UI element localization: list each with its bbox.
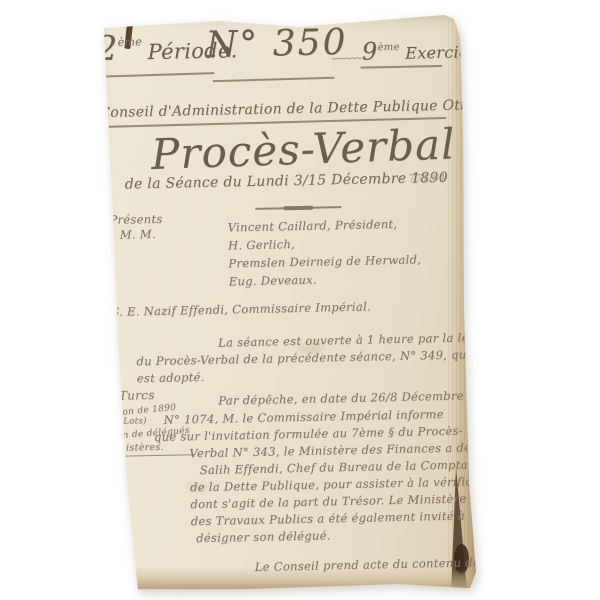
- photo-backdrop: 2ème Période. N° 350 ﹏﹏ 9ème Exercice Co…: [0, 0, 600, 600]
- exercise-ordinal: ème: [377, 42, 399, 53]
- underline-exercise: [360, 65, 442, 68]
- manuscript-line: est adopté.: [137, 370, 205, 385]
- manuscript-line: des Travaux Publics a été également invi…: [191, 509, 465, 529]
- title-divider-bar: [283, 205, 313, 210]
- book-page-wrapper: 2ème Période. N° 350 ﹏﹏ 9ème Exercice Co…: [0, 0, 600, 600]
- period-numeral: 2: [95, 29, 118, 69]
- manuscript-content: 2ème Période. N° 350 ﹏﹏ 9ème Exercice Co…: [93, 7, 485, 593]
- margin-note: (Lots): [120, 416, 147, 427]
- closing-line: Le Conseil prend acte du contenu de —: [255, 555, 496, 574]
- document-number: N° 350: [205, 22, 347, 66]
- underline-margin-note: [102, 454, 194, 457]
- manuscript-line: Par dépêche, en date du 26/8 Décembre: [218, 389, 464, 408]
- exercise-label: 9ème Exercice: [362, 35, 478, 65]
- period-ordinal: ème: [118, 35, 143, 49]
- member-name: Premslen Deirneig de Herwald,: [228, 252, 421, 270]
- member-name: Vincent Caillard, Président,: [228, 217, 398, 235]
- exercise-word: Exercice: [405, 42, 478, 63]
- member-name: H. Gerlich,: [228, 237, 295, 252]
- presents-label: Présents: [109, 212, 162, 227]
- member-name: Eug. Deveaux.: [229, 273, 317, 289]
- manuscript-line: du Procès-Verbal de la précédente séance…: [136, 347, 470, 368]
- exercise-numeral: 9: [362, 37, 378, 65]
- ink-flourish: ﹏﹏: [332, 42, 363, 64]
- manuscript-page: 2ème Période. N° 350 ﹏﹏ 9ème Exercice Co…: [98, 12, 478, 590]
- margin-note: ts Turcs: [103, 388, 155, 403]
- messieurs-label: M. M.: [120, 227, 156, 242]
- underline-number: [213, 77, 335, 82]
- manuscript-line: désigner son délégué.: [196, 528, 331, 545]
- commissioner-line: S. E. Nazif Effendi, Commissaire Impéria…: [111, 299, 371, 318]
- underline-period: [96, 72, 214, 77]
- title-divider: [255, 206, 341, 209]
- pencil-annotation: → 771/84: [397, 173, 446, 185]
